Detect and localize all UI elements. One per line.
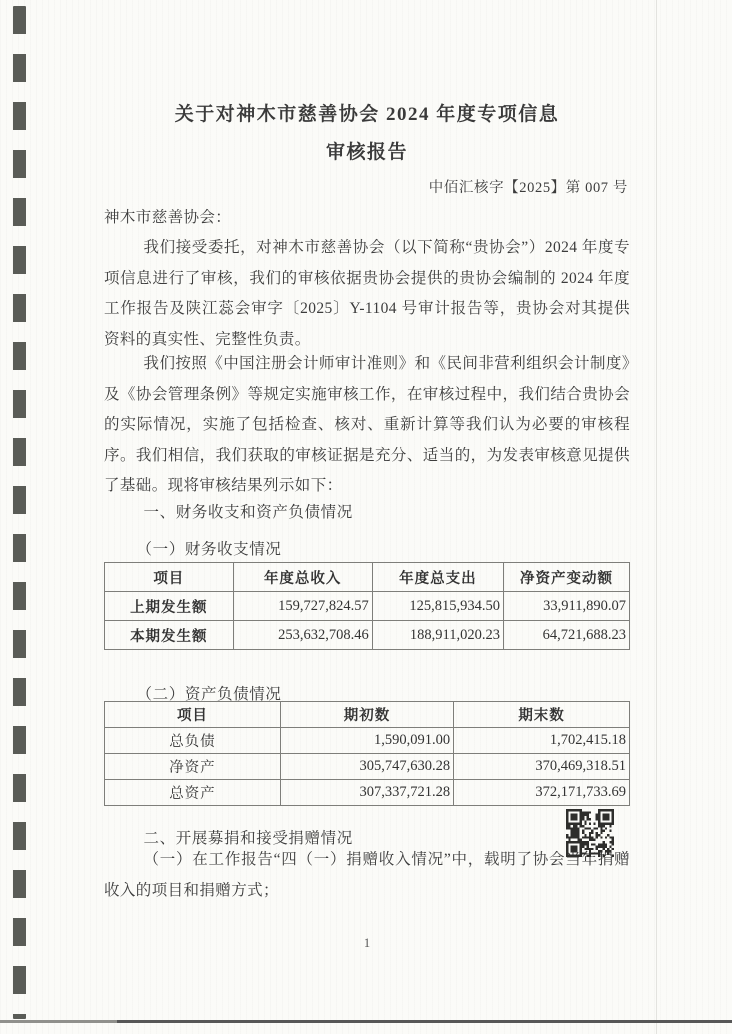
- table-header-cell: 年度总支出: [372, 563, 503, 592]
- table-header-row: 项目 期初数 期末数: [105, 702, 630, 728]
- scanned-audit-report-page: 关于对神木市慈善协会 2024 年度专项信息 审核报告 中佰汇核字【2025】第…: [0, 0, 732, 1034]
- table-header-cell: 期末数: [454, 702, 630, 728]
- income-expense-table: 项目 年度总收入 年度总支出 净资产变动额 上期发生额 159,727,824.…: [104, 562, 630, 650]
- paragraph-procedures: 我们按照《中国注册会计师审计准则》和《民间非营利组织会计制度》及《协会管理条例》…: [104, 349, 630, 502]
- table-row: 本期发生额 253,632,708.46 188,911,020.23 64,7…: [105, 621, 630, 650]
- table-row: 总负债 1,590,091.00 1,702,415.18: [105, 728, 630, 754]
- value-cell: 125,815,934.50: [372, 592, 503, 621]
- paragraph-donations: （一）在工作报告“四（一）捐赠收入情况”中，载明了协会当年捐赠收入的项目和捐赠方…: [104, 845, 630, 906]
- table-row: 净资产 305,747,630.28 370,469,318.51: [105, 754, 630, 780]
- qr-code-icon: [566, 809, 614, 857]
- document-content: 关于对神木市慈善协会 2024 年度专项信息 审核报告 中佰汇核字【2025】第…: [104, 0, 630, 1034]
- value-cell: 188,911,020.23: [372, 621, 503, 650]
- balance-table: 项目 期初数 期末数 总负债 1,590,091.00 1,702,415.18…: [104, 701, 630, 806]
- table-header-cell: 年度总收入: [233, 563, 372, 592]
- table-row: 总资产 307,337,721.28 372,171,733.69: [105, 780, 630, 806]
- value-cell: 33,911,890.07: [504, 592, 630, 621]
- section-1-subheading-1: （一）财务收支情况: [104, 537, 630, 559]
- row-label-cell: 净资产: [105, 754, 281, 780]
- document-title-line2: 审核报告: [104, 137, 630, 164]
- section-1-heading: 一、财务收支和资产负债情况: [104, 500, 630, 522]
- salutation: 神木市慈善协会：: [104, 205, 231, 227]
- table-row: 上期发生额 159,727,824.57 125,815,934.50 33,9…: [105, 592, 630, 621]
- value-cell: 1,590,091.00: [280, 728, 453, 754]
- value-cell: 372,171,733.69: [454, 780, 630, 806]
- page-edge-line: [656, 0, 657, 1034]
- value-cell: 253,632,708.46: [233, 621, 372, 650]
- binding-holes: [13, 6, 26, 1019]
- table-header-cell: 项目: [105, 563, 234, 592]
- value-cell: 1,702,415.18: [454, 728, 630, 754]
- value-cell: 370,469,318.51: [454, 754, 630, 780]
- document-number: 中佰汇核字【2025】第 007 号: [429, 176, 628, 197]
- paragraph-engagement: 我们接受委托，对神木市慈善协会（以下简称“贵协会”）2024 年度专项信息进行了…: [104, 233, 630, 355]
- table-header-cell: 期初数: [280, 702, 453, 728]
- row-label-cell: 本期发生额: [105, 621, 234, 650]
- row-label-cell: 总负债: [105, 728, 281, 754]
- table-header-cell: 项目: [105, 702, 281, 728]
- page-number: 1: [104, 936, 630, 951]
- value-cell: 307,337,721.28: [280, 780, 453, 806]
- value-cell: 305,747,630.28: [280, 754, 453, 780]
- table-header-cell: 净资产变动额: [504, 563, 630, 592]
- row-label-cell: 上期发生额: [105, 592, 234, 621]
- row-label-cell: 总资产: [105, 780, 281, 806]
- table-header-row: 项目 年度总收入 年度总支出 净资产变动额: [105, 563, 630, 592]
- value-cell: 159,727,824.57: [233, 592, 372, 621]
- value-cell: 64,721,688.23: [504, 621, 630, 650]
- document-title-line1: 关于对神木市慈善协会 2024 年度专项信息: [104, 99, 630, 126]
